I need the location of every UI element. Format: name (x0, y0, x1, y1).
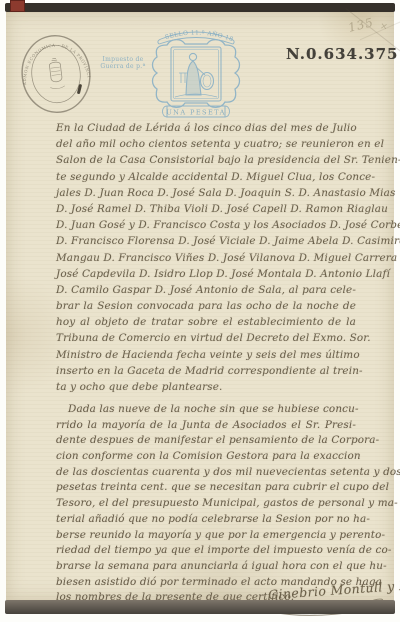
manuscript-line: cion conforme con la Comision Gestora pa… (56, 449, 356, 465)
manuscript-line: D. Juan Gosé y D. Francisco Costa y los … (56, 217, 356, 233)
manuscript-line: Mangau D. Francisco Viñes D. José Vilano… (56, 250, 356, 266)
manuscript-line: Ministro de Hacienda fecha veinte y seis… (56, 347, 356, 363)
manuscript-line: te segundo y Alcalde accidental D. Migue… (56, 169, 356, 185)
manuscript-line: Tribuna de Comercio en virtud del Decret… (56, 330, 356, 346)
manuscript-paragraph-1: En la Ciudad de Lérida á los cinco dias … (56, 120, 356, 395)
document-photo: 135 × ADMON ECONOMICA · DE LA PROVINCIA … (0, 0, 400, 622)
revenue-stamp-icon: SELLO 11.º AÑO 1874 UNA PESETA (136, 22, 256, 122)
manuscript-line: de las doscientas cuarenta y dos mil nue… (56, 465, 356, 481)
manuscript-line: riedad del tiempo ya que el importe del … (56, 543, 356, 559)
photo-edge-top (5, 3, 395, 12)
manuscript-line: rrido la mayoría de la Junta de Asociado… (56, 418, 356, 434)
photo-edge-bottom (5, 600, 395, 614)
pencil-cross-mark: × (379, 21, 388, 32)
svg-text:ADMON ECONOMICA · DE LA PROVIN: ADMON ECONOMICA · DE LA PROVINCIA DE LER… (9, 25, 92, 88)
manuscript-line: del año mil ocho cientos setenta y cuatr… (56, 136, 356, 152)
manuscript-line: D. Camilo Gaspar D. José Antonio de Sala… (56, 282, 356, 298)
manuscript-line: pesetas treinta cent. que se necesitan p… (56, 480, 356, 496)
manuscript-line: Tesoro, el del presupuesto Municipal, ga… (56, 496, 356, 512)
oval-stamp-ring-text: ADMON ECONOMICA · DE LA PROVINCIA DE LER… (9, 25, 92, 88)
manuscript-line: D. José Ramel D. Thiba Violi D. José Cap… (56, 201, 356, 217)
manuscript-line: hoy al objeto de tratar sobre el estable… (56, 314, 356, 330)
manuscript-line: terial añadió que no podía celebrarse la… (56, 512, 356, 528)
manuscript-line: berse reunido la mayoría y que por la em… (56, 528, 356, 544)
manuscript-line: ta y ocho que debe plantearse. (56, 379, 356, 395)
manuscript-line: D. Francisco Florensa D. José Viciale D.… (56, 233, 356, 249)
paper-page: 135 × ADMON ECONOMICA · DE LA PROVINCIA … (6, 12, 394, 600)
serial-number: N.0.634.375 (286, 45, 398, 63)
manuscript-line: En la Ciudad de Lérida á los cinco dias … (56, 120, 356, 136)
manuscript-line: jales D. Juan Roca D. José Sala D. Joaqu… (56, 185, 356, 201)
manuscript-paragraph-2: Dada las nueve de la noche sin que se hu… (56, 402, 356, 606)
revenue-stamp-value-text: UNA PESETA (166, 109, 226, 117)
oval-ink-stamp-icon: ADMON ECONOMICA · DE LA PROVINCIA DE LER… (9, 25, 103, 123)
manuscript-line: Dada las nueve de la noche sin que se hu… (56, 402, 356, 418)
manuscript-line: inserto en la Gaceta de Madrid correspon… (56, 363, 356, 379)
manuscript-line: brarse la semana para anunciarla á igual… (56, 559, 356, 575)
manuscript-line: Salon de la Casa Consistorial bajo la pr… (56, 152, 356, 168)
manuscript-line: brar la Sesion convocada para las ocho d… (56, 298, 356, 314)
manuscript-line: dente despues de manifestar el pensamien… (56, 433, 356, 449)
red-corner-tab (10, 0, 25, 12)
pencil-folio-number: 135 (347, 15, 376, 35)
manuscript-line: José Capdevila D. Isidro Llop D. José Mo… (56, 266, 356, 282)
